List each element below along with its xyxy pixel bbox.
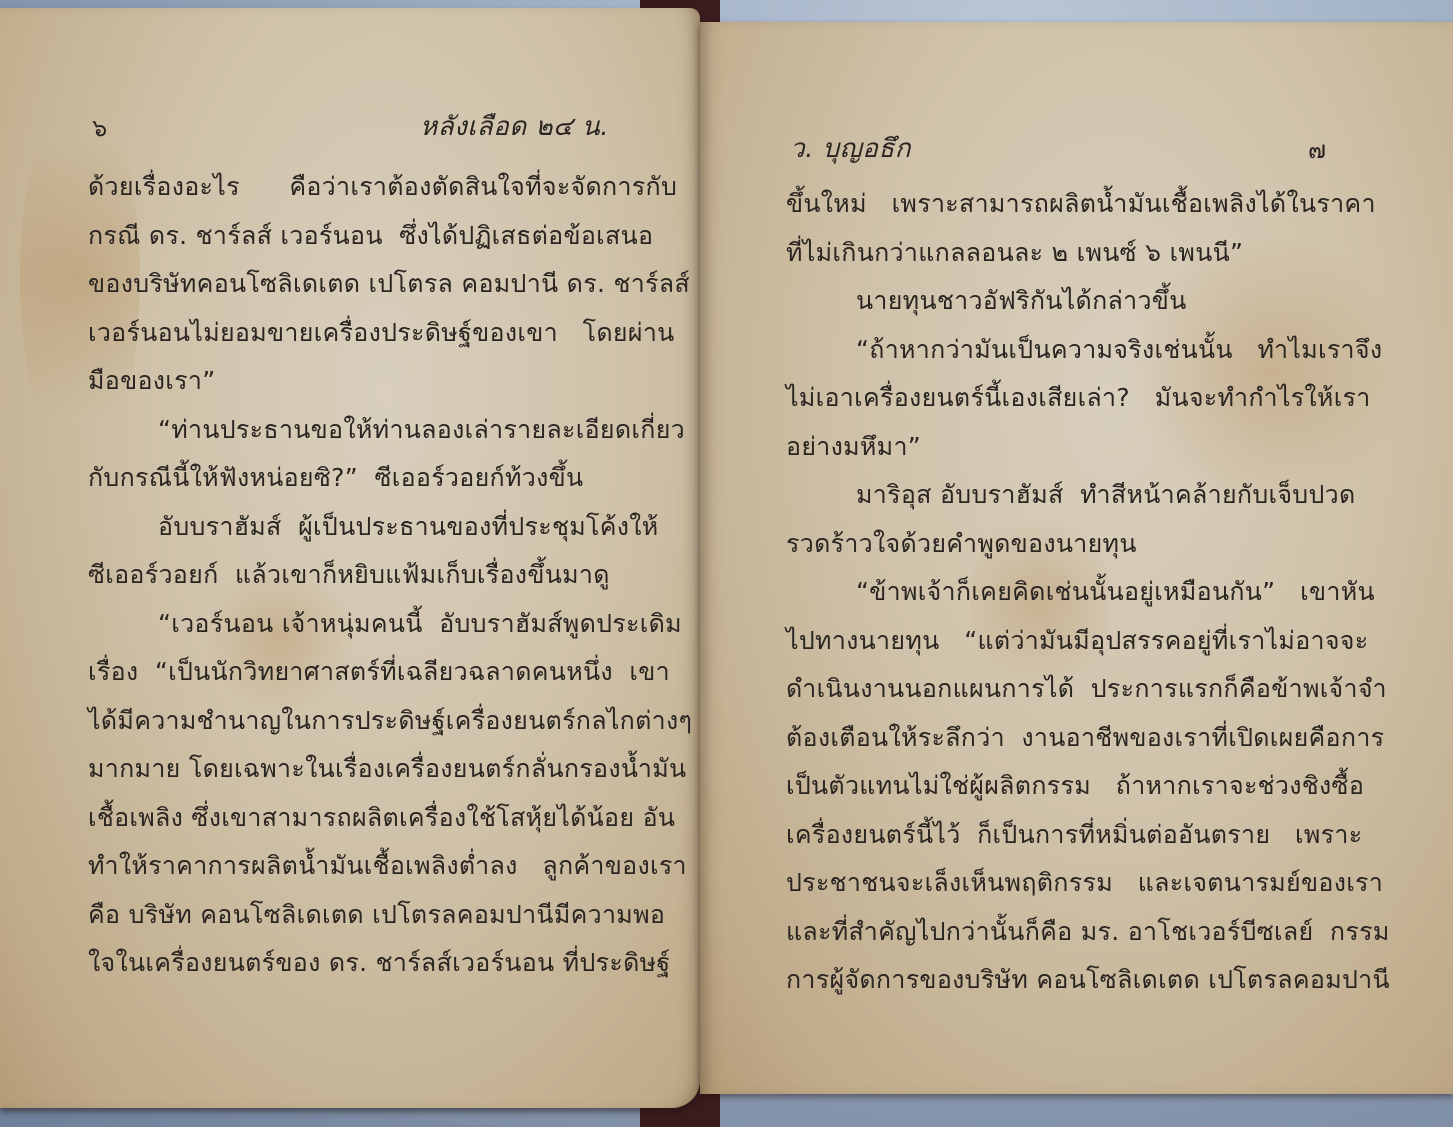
text-line: เรื่อง “เป็นนักวิทยาศาสตร์ที่เฉลียวฉลาดค… (88, 648, 648, 697)
text-line: ดำเนินงานนอกแผนการได้ ประการแรกก็คือข้าพ… (786, 665, 1366, 714)
page-number: ๖ (92, 108, 107, 147)
text-line: อย่างมหึมา” (786, 423, 1366, 472)
text-line: เครื่องยนตร์นี้ไว้ ก็เป็นการที่หมิ่นต่ออ… (786, 811, 1366, 860)
text-line: เป็นตัวแทนไม่ใช่ผู้ผลิตกรรม ถ้าหากเราจะช… (786, 762, 1366, 811)
text-line: ได้มีความชำนาญในการประดิษฐ์เครื่องยนตร์ก… (88, 697, 648, 746)
text-line: มาริอุส อับบราฮัมส์ ทำสีหน้าคล้ายกับเจ็บ… (786, 471, 1366, 520)
text-line: กับกรณีนี้ให้ฟังหน่อยซิ?” ซีเออร์วอยก์ท้… (88, 454, 648, 503)
text-line: คือ บริษัท คอนโซลิเดเตด เปโตรลคอมปานีมีค… (88, 891, 648, 940)
text-line: เวอร์นอนไม่ยอมขายเครื่องประดิษฐ์ของเขา โ… (88, 309, 648, 358)
page-body: ขึ้นใหม่ เพราะสามารถผลิตน้ำมันเชื้อเพลิง… (786, 180, 1366, 1005)
right-page: ว. บุญอธึก ๗ ขึ้นใหม่ เพราะสามารถผลิตน้ำ… (700, 22, 1453, 1094)
text-line: ที่ไม่เกินกว่าแกลลอนละ ๒ เพนซ์ ๖ เพนนี” (786, 229, 1366, 278)
running-header: ว. บุญอธึก (790, 128, 911, 169)
text-line: “ข้าพเจ้าก็เคยคิดเช่นนั้นอยู่เหมือนกัน” … (786, 568, 1366, 617)
text-line: ไม่เอาเครื่องยนตร์นี้เองเสียเล่า? มันจะท… (786, 374, 1366, 423)
text-line: “เวอร์นอน เจ้าหนุ่มคนนี้ อับบราฮัมส์พูดป… (88, 600, 648, 649)
text-line: และที่สำคัญไปกว่านั้นก็คือ มร. อาโชเวอร์… (786, 908, 1366, 957)
running-header: หลังเลือด ๒๔ น. (420, 106, 609, 147)
text-line: ของบริษัทคอนโซลิเดเตด เปโตรล คอมปานี ดร.… (88, 260, 648, 309)
page-number: ๗ (1308, 130, 1326, 169)
text-line: กรณี ดร. ชาร์ลส์ เวอร์นอน ซึ่งได้ปฏิเสธต… (88, 212, 648, 261)
text-line: ขึ้นใหม่ เพราะสามารถผลิตน้ำมันเชื้อเพลิง… (786, 180, 1366, 229)
book-photo: ๖ หลังเลือด ๒๔ น. ด้วยเรื่องอะไร คือว่าเ… (0, 0, 1453, 1127)
text-line: “ถ้าหากว่ามันเป็นความจริงเช่นนั้น ทำไมเร… (786, 326, 1366, 375)
page-body: ด้วยเรื่องอะไร คือว่าเราต้องตัดสินใจที่จ… (88, 163, 648, 988)
text-line: ต้องเตือนให้ระลึกว่า งานอาชีพของเราที่เป… (786, 714, 1366, 763)
text-line: มากมาย โดยเฉพาะในเรื่องเครื่องยนตร์กลั่น… (88, 745, 648, 794)
text-line: รวดร้าวใจด้วยคำพูดของนายทุน (786, 520, 1366, 569)
text-line: ซีเออร์วอยก์ แล้วเขาก็หยิบแฟ้มเก็บเรื่อง… (88, 551, 648, 600)
text-line: เชื้อเพลิง ซึ่งเขาสามารถผลิตเครื่องใช้โส… (88, 794, 648, 843)
text-line: ทำให้ราคาการผลิตน้ำมันเชื้อเพลิงต่ำลง ลู… (88, 842, 648, 891)
text-line: มือของเรา” (88, 357, 648, 406)
text-line: ใจในเครื่องยนตร์ของ ดร. ชาร์ลส์เวอร์นอน … (88, 939, 648, 988)
text-line: ประชาชนจะเล็งเห็นพฤติกรรม และเจตนารมย์ขอ… (786, 859, 1366, 908)
left-page: ๖ หลังเลือด ๒๔ น. ด้วยเรื่องอะไร คือว่าเ… (0, 8, 700, 1108)
text-line: ไปทางนายทุน “แต่ว่ามันมีอุปสรรคอยู่ที่เร… (786, 617, 1366, 666)
text-line: ด้วยเรื่องอะไร คือว่าเราต้องตัดสินใจที่จ… (88, 163, 648, 212)
text-line: อับบราฮัมส์ ผู้เป็นประธานของที่ประชุมโค้… (88, 503, 648, 552)
text-line: “ท่านประธานขอให้ท่านลองเล่ารายละเอียดเกี… (88, 406, 648, 455)
text-line: การผู้จัดการของบริษัท คอนโซลิเดเตด เปโตร… (786, 956, 1366, 1005)
text-line: นายทุนชาวอัฟริกันได้กล่าวขึ้น (786, 277, 1366, 326)
